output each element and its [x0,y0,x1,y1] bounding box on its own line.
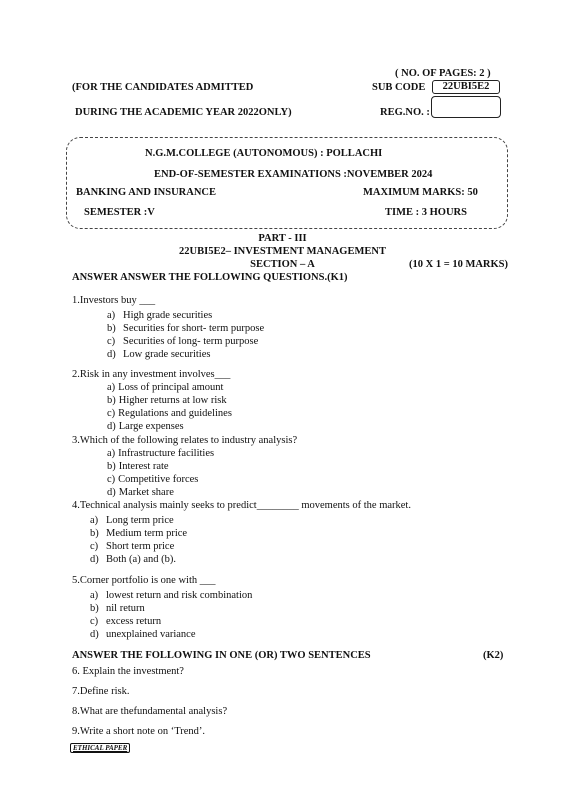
exam-time: TIME : 3 HOURS [385,207,467,218]
option-d: d)Large expenses [107,421,184,432]
option-text: Loss of principal amount [118,382,223,393]
option-text: Long term price [106,515,174,526]
page-count: ( NO. OF PAGES: 2 ) [395,68,491,79]
option-label: c) [107,408,115,419]
option-label: c) [90,541,106,552]
question-4: 4.Technical analysis mainly seeks to pre… [72,500,411,511]
option-label: c) [107,474,115,485]
option-b: b)nil return [90,603,145,614]
part-heading: PART - III [0,233,565,244]
option-text: Short term price [106,541,174,552]
option-a: a)Loss of principal amount [107,382,223,393]
option-b: b)Interest rate [107,461,169,472]
option-text: Securities of long- term purpose [123,336,258,347]
option-a: a)lowest return and risk combination [90,590,252,601]
course-title: 22UBI5E2– INVESTMENT MANAGEMENT [0,246,565,257]
option-label: d) [107,349,123,360]
option-c: c)Securities of long- term purpose [107,336,258,347]
candidates-note-line2: DURING THE ACADEMIC YEAR 2022ONLY) [75,107,292,118]
option-label: b) [90,528,106,539]
option-text: Low grade securities [123,349,210,360]
option-c: c)Regulations and guidelines [107,408,232,419]
option-c: c)Short term price [90,541,174,552]
option-text: excess return [106,616,161,627]
short-question: 7.Define risk. [72,686,129,697]
option-text: Medium term price [106,528,187,539]
option-c: c)Competitive forces [107,474,198,485]
option-d: d)Market share [107,487,174,498]
option-text: nil return [106,603,145,614]
option-text: Infrastructure facilities [118,448,214,459]
option-text: Competitive forces [118,474,198,485]
short-question: 8.What are thefundamental analysis? [72,706,227,717]
option-d: d)Low grade securities [107,349,210,360]
option-text: Large expenses [119,421,184,432]
option-label: d) [90,554,106,565]
option-c: c)excess return [90,616,161,627]
ethical-paper-stamp: ETHICAL PAPER [70,743,130,753]
option-label: a) [107,382,115,393]
question-2: 2.Risk in any investment involves___ [72,369,230,380]
option-label: b) [107,461,116,472]
option-label: a) [107,310,123,321]
instruction-k2: ANSWER THE FOLLOWING IN ONE (OR) TWO SEN… [72,650,371,661]
short-question: 9.Write a short note on ‘Trend’. [72,726,205,737]
instruction-k2-level: (K2) [483,650,503,661]
option-b: b)Higher returns at low risk [107,395,227,406]
option-text: unexplained variance [106,629,196,640]
exam-title: END-OF-SEMESTER EXAMINATIONS :NOVEMBER 2… [154,169,432,180]
candidates-note-line1: (FOR THE CANDIDATES ADMITTED [72,82,253,93]
sub-code-label: SUB CODE [372,82,425,93]
option-text: lowest return and risk combination [106,590,252,601]
option-b: b)Medium term price [90,528,187,539]
question-1: 1.Investors buy ___ [72,295,155,306]
question-3: 3.Which of the following relates to indu… [72,435,297,446]
option-label: c) [107,336,123,347]
short-question: 6. Explain the investment? [72,666,184,677]
option-text: Market share [119,487,174,498]
max-marks: MAXIMUM MARKS: 50 [363,187,478,198]
option-text: Higher returns at low risk [119,395,227,406]
option-b: b)Securities for short- term purpose [107,323,264,334]
question-5: 5.Corner portfolio is one with ___ [72,575,215,586]
option-label: c) [90,616,106,627]
option-a: a)High grade securities [107,310,212,321]
instruction-k1: ANSWER ANSWER THE FOLLOWING QUESTIONS.(K… [72,272,348,283]
reg-no-label: REG.NO. : [380,107,430,118]
option-a: a)Long term price [90,515,174,526]
department: BANKING AND INSURANCE [76,187,216,198]
option-label: a) [90,515,106,526]
option-label: b) [90,603,106,614]
option-d: d)unexplained variance [90,629,196,640]
option-label: b) [107,323,123,334]
option-label: a) [107,448,115,459]
option-label: d) [90,629,106,640]
option-label: d) [107,487,116,498]
section-marks: (10 X 1 = 10 MARKS) [409,259,508,270]
option-label: a) [90,590,106,601]
option-label: d) [107,421,116,432]
option-text: Interest rate [119,461,169,472]
reg-no-field[interactable] [431,96,501,118]
option-a: a)Infrastructure facilities [107,448,214,459]
option-text: High grade securities [123,310,212,321]
college-name: N.G.M.COLLEGE (AUTONOMOUS) : POLLACHI [145,148,382,159]
sub-code-value: 22UBI5E2 [432,80,500,94]
option-label: b) [107,395,116,406]
option-text: Regulations and guidelines [118,408,232,419]
option-text: Both (a) and (b). [106,554,176,565]
semester: SEMESTER :V [84,207,155,218]
option-d: d)Both (a) and (b). [90,554,176,565]
option-text: Securities for short- term purpose [123,323,264,334]
